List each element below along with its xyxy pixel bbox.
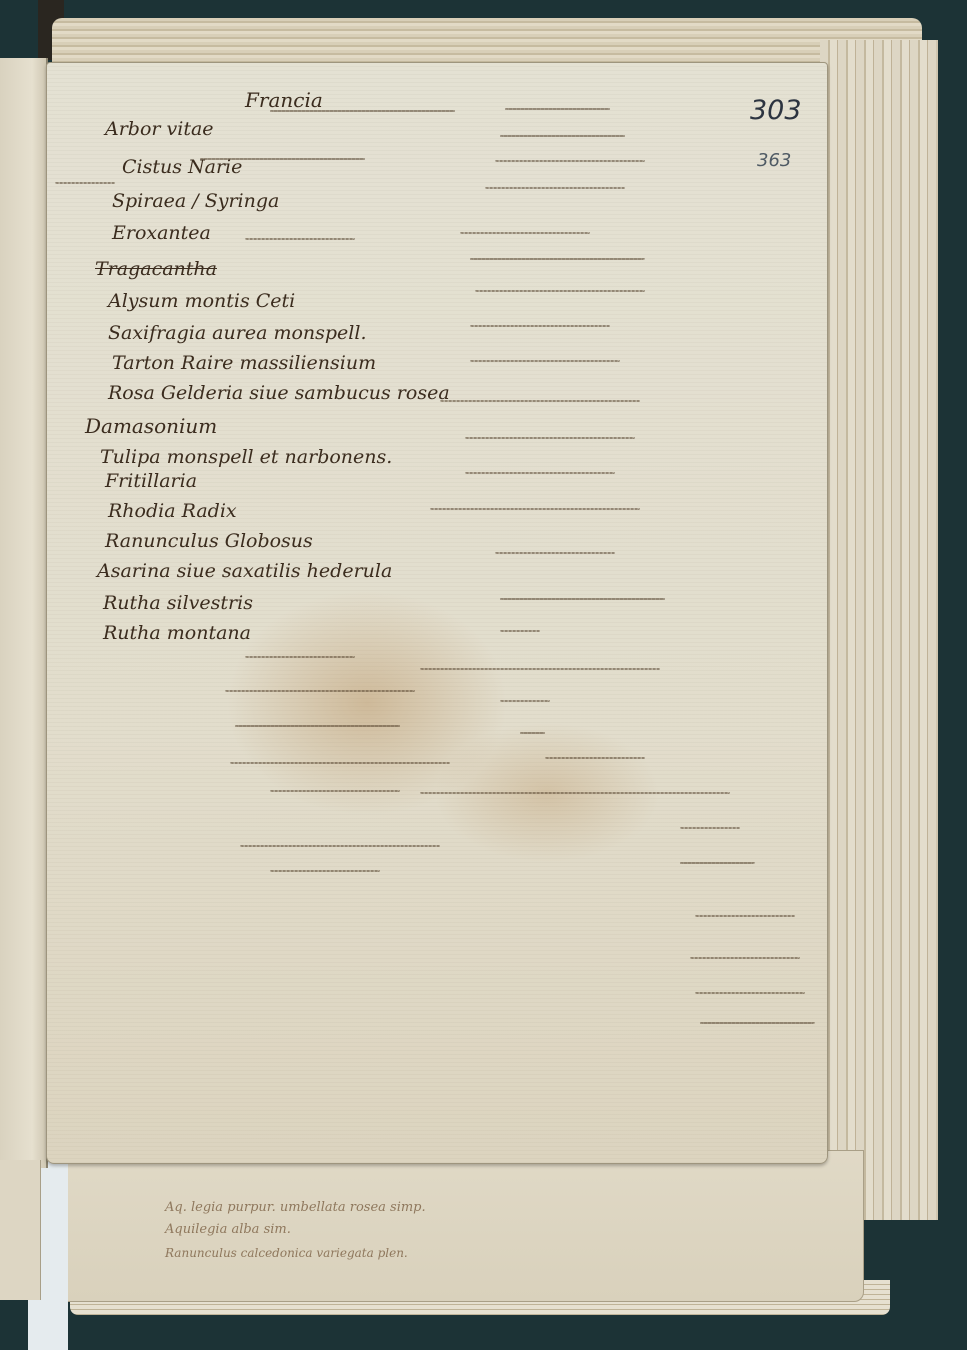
bleed-line xyxy=(485,187,625,189)
list-item: Saxifragia aurea monspell. xyxy=(108,322,367,344)
page-stack-right-edges xyxy=(820,40,938,1220)
bleed-line xyxy=(225,690,415,692)
bleed-line xyxy=(270,870,380,872)
bleed-line xyxy=(700,1022,815,1024)
bleed-line xyxy=(230,762,450,764)
bleed-line xyxy=(470,360,620,362)
list-item: Arbor vitae xyxy=(105,118,214,140)
bleed-line xyxy=(245,238,355,240)
left-facing-page xyxy=(0,58,48,1168)
bleed-line xyxy=(695,992,805,994)
bleed-line xyxy=(500,598,665,600)
list-item: Spiraea / Syringa xyxy=(112,190,279,212)
bleed-line xyxy=(465,437,635,439)
bleed-line xyxy=(430,508,640,510)
bleed-line xyxy=(680,862,755,864)
list-item: Alysum montis Ceti xyxy=(108,290,295,312)
bleed-line xyxy=(240,845,440,847)
bleed-line xyxy=(680,827,740,829)
note-line: Aq. legia purpur. umbellata rosea simp. xyxy=(165,1200,426,1215)
bleed-line xyxy=(500,700,550,702)
list-item: Rhodia Radix xyxy=(108,500,237,522)
list-item: Tragacantha xyxy=(95,258,217,280)
bleed-line xyxy=(495,552,615,554)
bleed-line xyxy=(690,957,800,959)
bleed-line xyxy=(420,668,660,670)
list-item: Tarton Raire massiliensium xyxy=(112,352,376,374)
note-line: Aquilegia alba sim. xyxy=(165,1222,291,1237)
list-item: Rutha montana xyxy=(103,622,251,644)
bleed-line xyxy=(495,160,645,162)
note-line: Ranunculus calcedonica variegata plen. xyxy=(165,1246,408,1260)
list-item: Damasonium xyxy=(85,414,217,438)
list-item: Rosa Gelderia siue sambucus rosea xyxy=(108,382,450,404)
left-facing-page-lower xyxy=(0,1160,41,1300)
bleed-line xyxy=(470,258,645,260)
folio-number: 303 xyxy=(750,95,802,126)
bleed-line xyxy=(695,915,795,917)
page-stack-top-edges xyxy=(52,18,922,66)
bleed-line xyxy=(475,290,645,292)
bleed-line xyxy=(55,182,115,184)
bleed-line xyxy=(505,108,610,110)
bleed-line xyxy=(470,325,610,327)
bleed-line xyxy=(245,656,355,658)
list-item: Tulipa monspell et narbonens. xyxy=(100,446,392,468)
list-item: Cistus Narie xyxy=(122,156,242,178)
bleed-line xyxy=(545,757,645,759)
bleed-line xyxy=(500,135,625,137)
page-heading: Francia xyxy=(245,88,323,112)
list-item: Ranunculus Globosus xyxy=(105,530,313,552)
bleed-line xyxy=(520,732,545,734)
list-item: Fritillaria xyxy=(105,470,197,492)
list-item: Asarina siue saxatilis hederula xyxy=(97,560,392,582)
bleed-line xyxy=(235,725,400,727)
list-item: Rutha silvestris xyxy=(103,592,253,614)
bleed-line xyxy=(440,400,640,402)
list-item: Eroxantea xyxy=(112,222,211,244)
bleed-line xyxy=(465,472,615,474)
bleed-line xyxy=(270,790,400,792)
bleed-line xyxy=(460,232,590,234)
bleed-line xyxy=(420,792,730,794)
folio-number-secondary: 363 xyxy=(757,150,791,171)
bleed-line xyxy=(500,630,540,632)
